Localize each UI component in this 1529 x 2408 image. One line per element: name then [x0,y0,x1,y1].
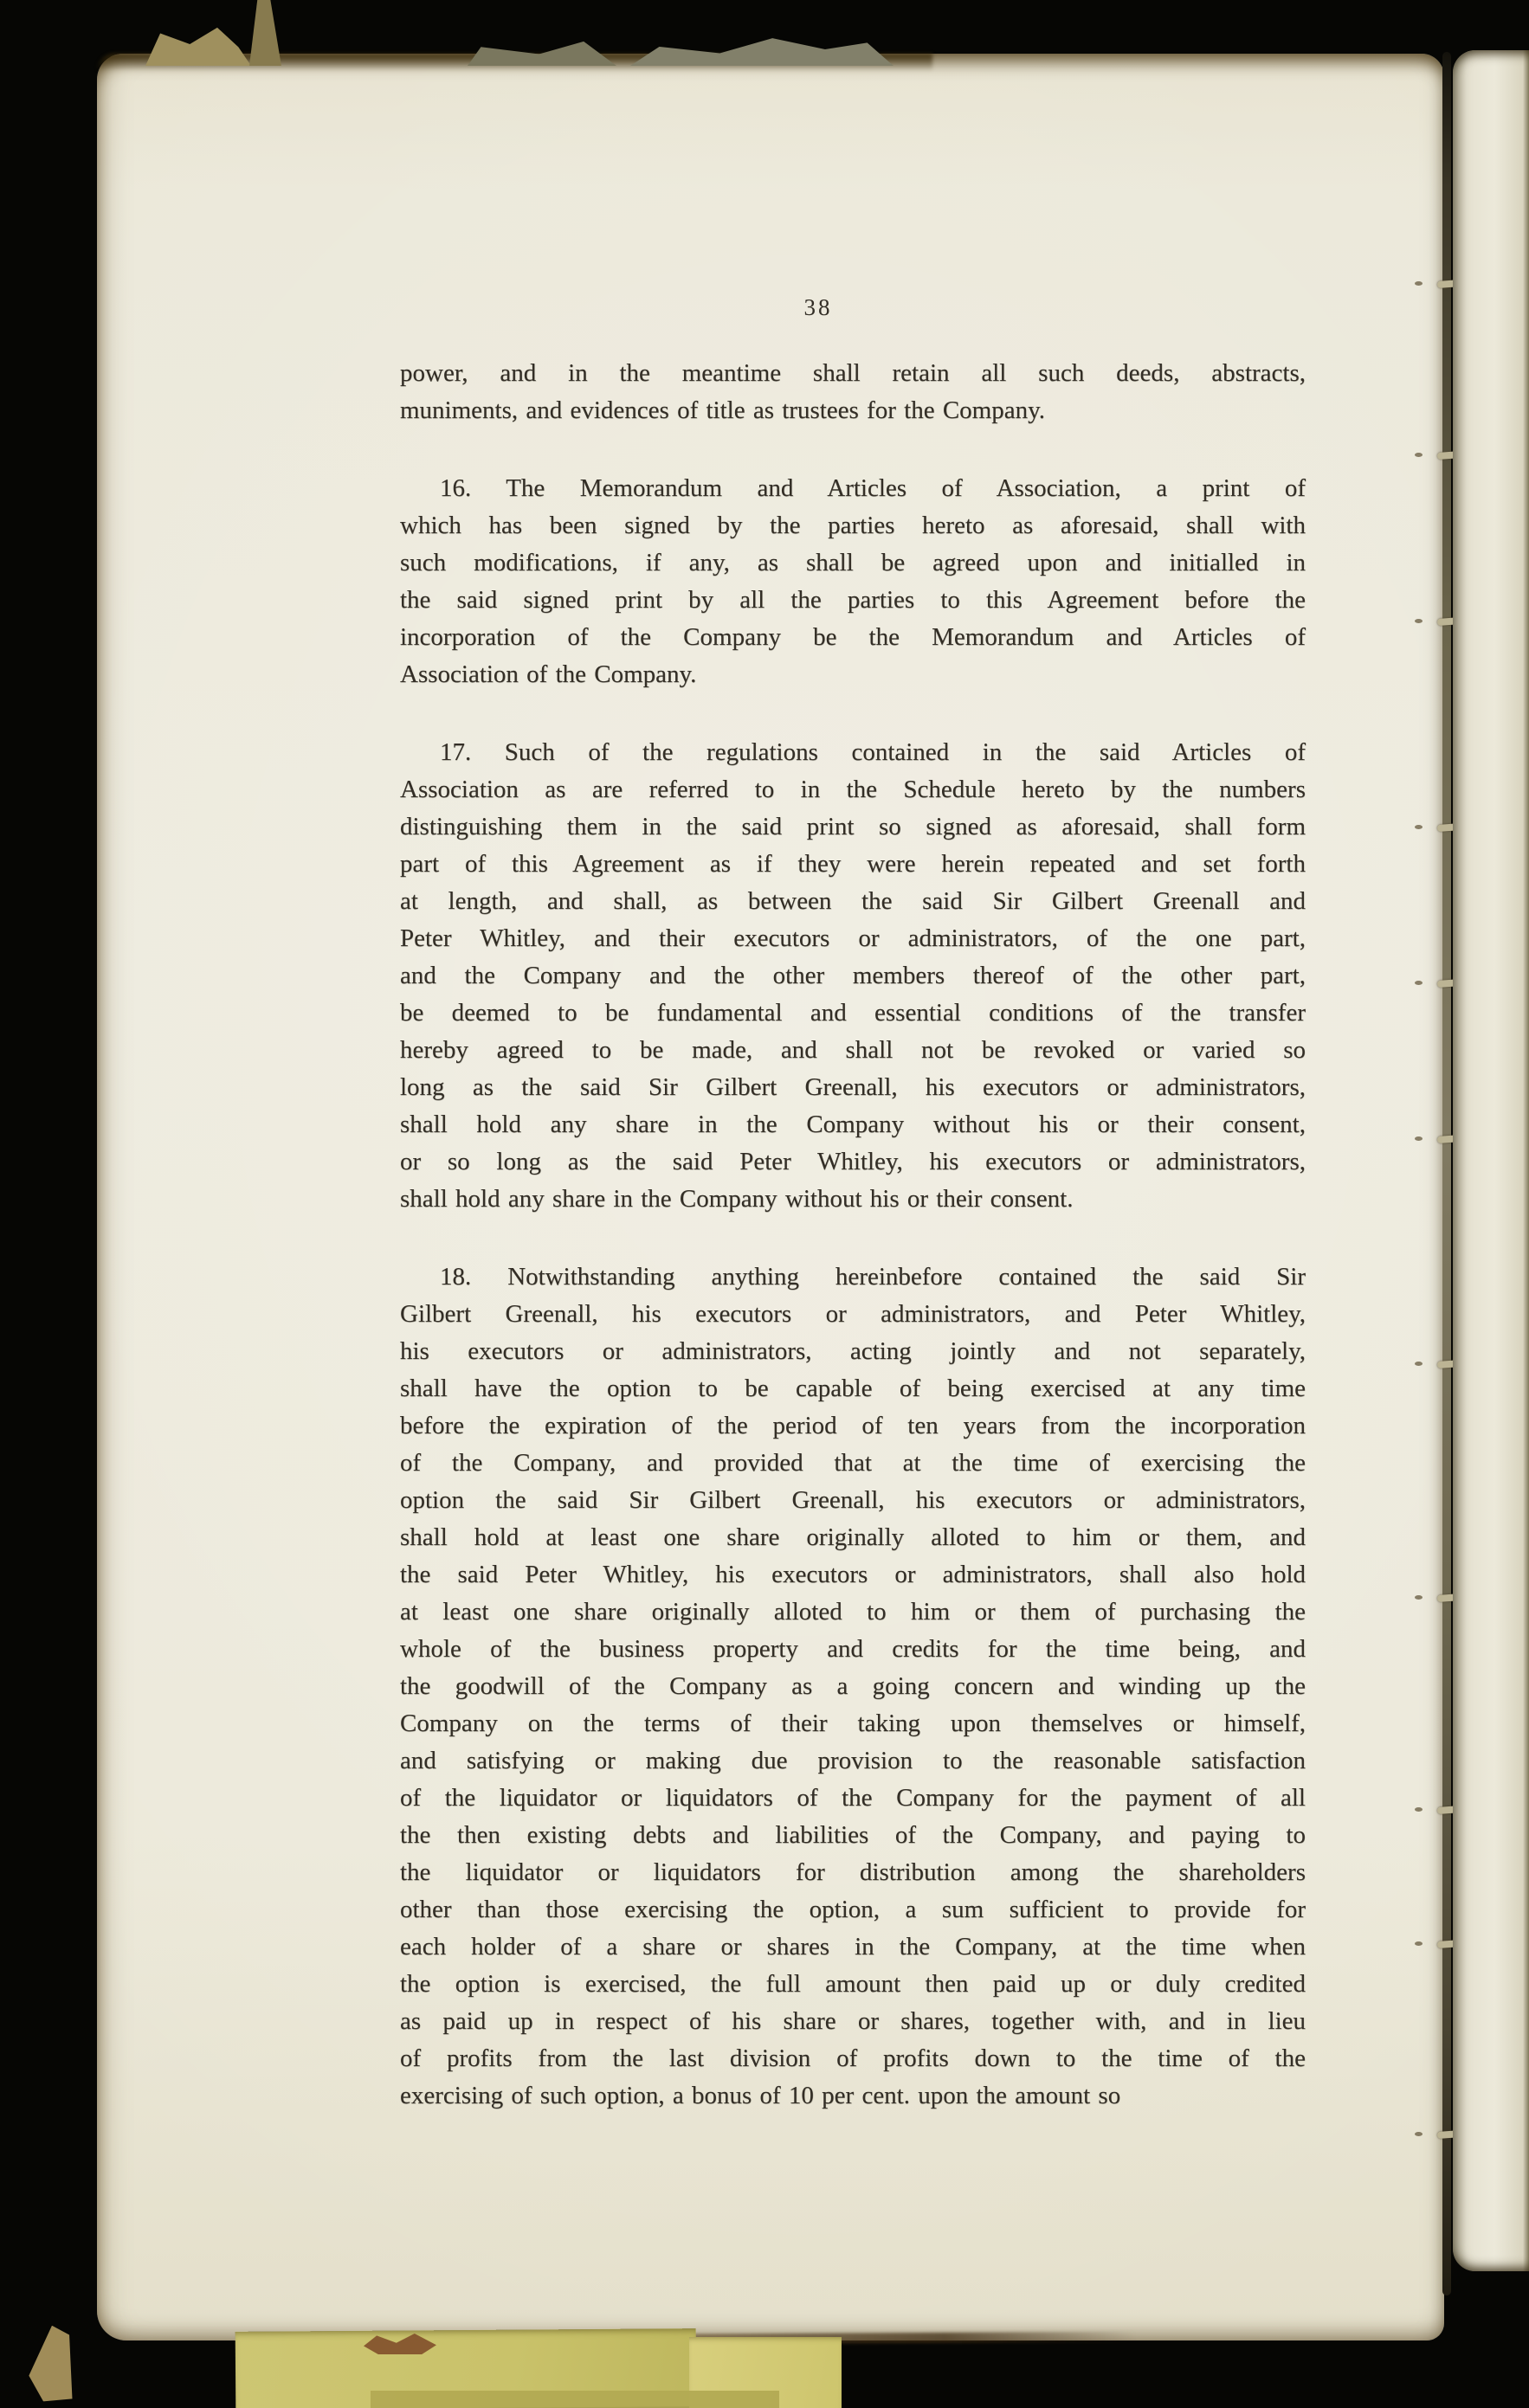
text-line: the goodwill of the Company as a going c… [400,1668,1306,1705]
yellow-note [371,2391,779,2408]
text-line: other than those exercising the option, … [400,1891,1306,1928]
text-line: whole of the business property and credi… [400,1631,1306,1668]
text-line: of profits from the last division of pro… [400,2040,1306,2077]
paragraph: power, and in the meantime shall retain … [400,355,1306,429]
text-line: shall hold at least one share originally… [400,1519,1306,1556]
text-line: of the liquidator or liquidators of the … [400,1780,1306,1817]
torn-paper-fragment [630,33,894,66]
next-page-edge [1453,50,1529,2271]
text-line: his executors or administrators, acting … [400,1333,1306,1370]
text-line: at length, and shall, as between the sai… [400,883,1306,920]
text-line: Company on the terms of their taking upo… [400,1705,1306,1742]
paragraph: 18. Notwithstanding anything hereinbefor… [400,1259,1306,2115]
text-line: option the said Sir Gilbert Greenall, hi… [400,1482,1306,1519]
text-line: be deemed to be fundamental and essentia… [400,995,1306,1032]
text-line: as paid up in respect of his share or sh… [400,2003,1306,2040]
text-line: long as the said Sir Gilbert Greenall, h… [400,1069,1306,1106]
text-line: hereby agreed to be made, and shall not … [400,1032,1306,1069]
torn-paper-fragment [468,38,616,66]
text-line: and the Company and the other members th… [400,957,1306,995]
text-line: the then existing debts and liabilities … [400,1817,1306,1854]
text-line: the liquidator or liquidators for distri… [400,1854,1306,1891]
text-line: such modifications, if any, as shall be … [400,544,1306,582]
text-line: the said Peter Whitley, his executors or… [400,1556,1306,1594]
text-line: of the Company, and provided that at the… [400,1445,1306,1482]
text-line: part of this Agreement as if they were h… [400,846,1306,883]
paper-shard [25,2323,84,2406]
page-number: 38 [762,294,874,321]
text-line: at least one share originally alloted to… [400,1594,1306,1631]
text-line: which has been signed by the parties her… [400,507,1306,544]
text-line: before the expiration of the period of t… [400,1407,1306,1445]
text-line: shall have the option to be capable of b… [400,1370,1306,1407]
text-line: 17. Such of the regulations contained in… [400,734,1306,771]
text-line: 18. Notwithstanding anything hereinbefor… [400,1259,1306,1296]
text-line: muniments, and evidences of title as tru… [400,392,1306,429]
text-line: shall hold any share in the Company with… [400,1181,1306,1218]
text-line: Gilbert Greenall, his executors or admin… [400,1296,1306,1333]
text-line: distinguishing them in the said print so… [400,808,1306,846]
text-line: exercising of such option, a bonus of 10… [400,2077,1306,2115]
text-line: incorporation of the Company be the Memo… [400,619,1306,656]
text-line: the said signed print by all the parties… [400,582,1306,619]
text-line: or so long as the said Peter Whitley, hi… [400,1143,1306,1181]
text-line: 16. The Memorandum and Articles of Assoc… [400,470,1306,507]
torn-paper-fragment [145,24,251,66]
text-line: each holder of a share or shares in the … [400,1928,1306,1966]
text-line: shall hold any share in the Company with… [400,1106,1306,1143]
binding-gutter [1442,52,1451,2295]
paragraph: 17. Such of the regulations contained in… [400,734,1306,1218]
text-line: Association of the Company. [400,656,1306,693]
paragraph: 16. The Memorandum and Articles of Assoc… [400,470,1306,693]
book-page: 38 power, and in the meantime shall reta… [97,54,1444,2340]
text-line: the option is exercised, the full amount… [400,1966,1306,2003]
text-line: power, and in the meantime shall retain … [400,355,1306,392]
book-photo: 38 power, and in the meantime shall reta… [0,0,1529,2408]
text-line: Association as are referred to in the Sc… [400,771,1306,808]
text-line: and satisfying or making due provision t… [400,1742,1306,1780]
text-line: Peter Whitley, and their executors or ad… [400,920,1306,957]
page-text: power, and in the meantime shall retain … [400,355,1306,2155]
